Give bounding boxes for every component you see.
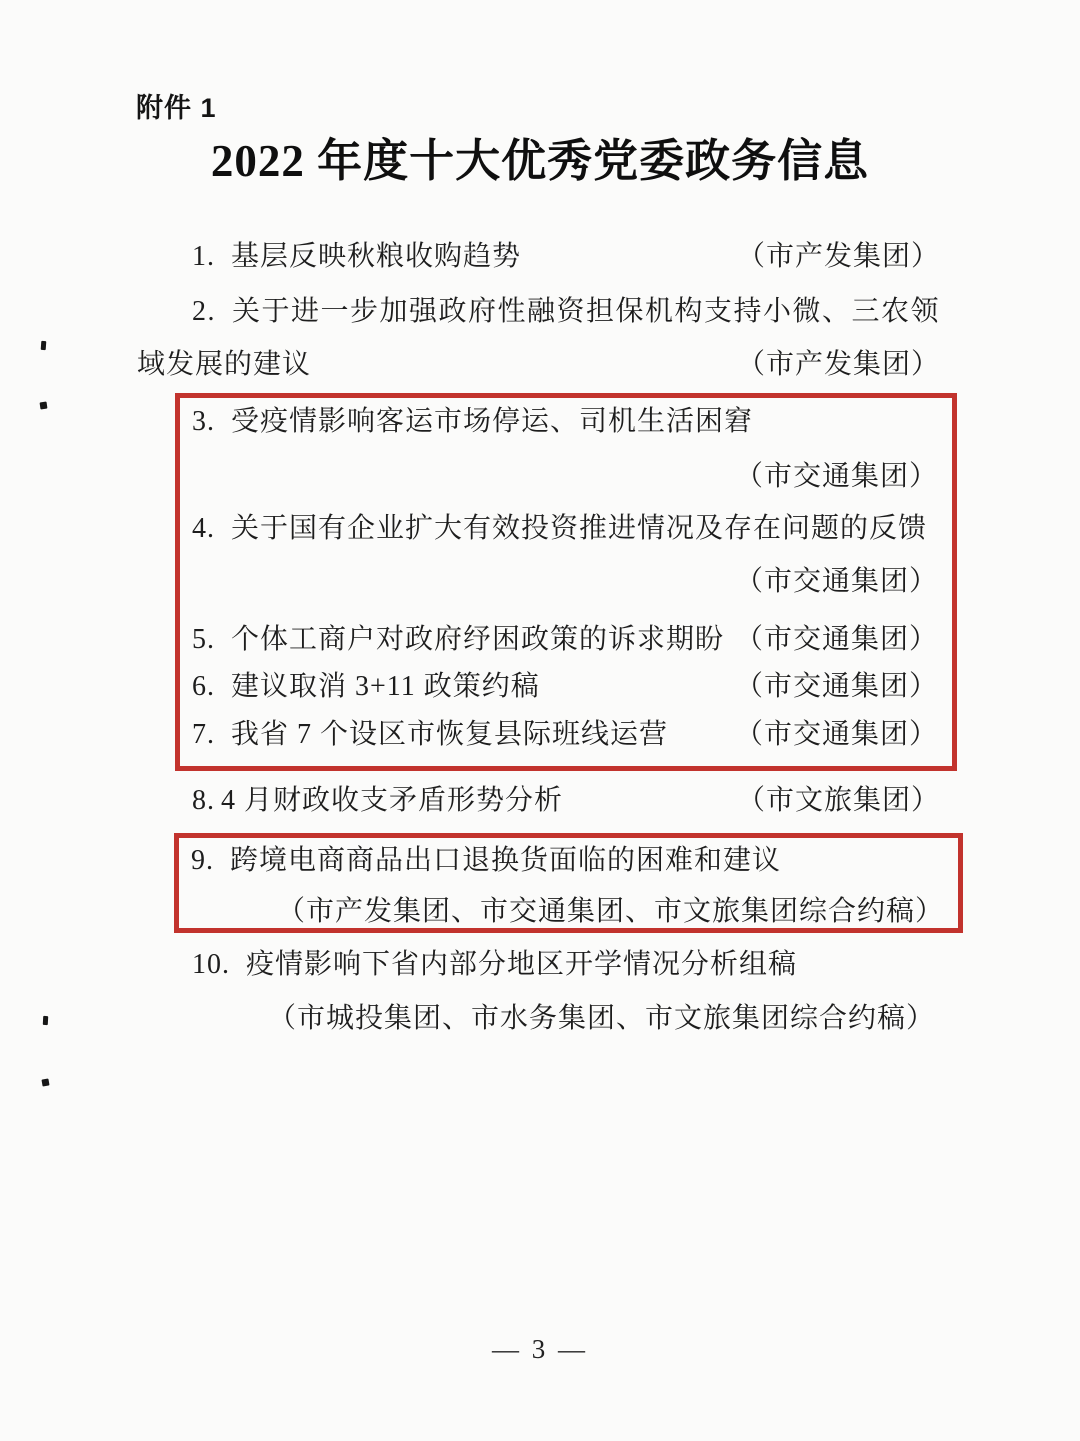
item-org: （市产发集团、市交通集团、市文旅集团综合约稿）	[277, 896, 944, 928]
item-title-continuation: 域发展的建议	[137, 349, 311, 381]
list-item-3: 3.受疫情影响客运市场停运、司机生活困窘	[192, 406, 753, 438]
item-number: 8.	[192, 785, 215, 817]
item-org: （市城投集团、市水务集团、市文旅集团综合约稿）	[268, 1003, 935, 1035]
ink-speck	[41, 1078, 49, 1086]
document-title: 2022 年度十大优秀党委政务信息	[0, 124, 1080, 189]
item-title: 受疫情影响客运市场停运、司机生活困窘	[231, 406, 753, 437]
list-item-6: 6. 建议取消 3+11 政策约稿 （市交通集团）	[192, 671, 938, 703]
list-item-10: 10. 疫情影响下省内部分地区开学情况分析组稿	[137, 949, 940, 981]
highlight-box-items-3-7: 3.受疫情影响客运市场停运、司机生活困窘 （市交通集团） 4.关于国有企业扩大有…	[175, 393, 957, 771]
ink-speck	[40, 402, 48, 410]
item-title: 跨境电商商品出口退换货面临的困难和建议	[230, 845, 781, 876]
item-org: （市交通集团）	[735, 566, 938, 598]
item-title: 个体工商户对政府纾困政策的诉求期盼	[231, 624, 724, 656]
item-title: 疫情影响下省内部分地区开学情况分析组稿	[246, 949, 797, 981]
item-title: 4 月财政收支矛盾形势分析	[221, 785, 563, 817]
item-number: 9.	[191, 845, 214, 876]
list-item-9: 9.跨境电商商品出口退换货面临的困难和建议	[191, 845, 781, 877]
item-org: （市产发集团）	[737, 241, 940, 273]
attachment-label: 附件 1	[136, 86, 217, 125]
item-org: （市交通集团）	[735, 624, 938, 656]
item-title: 建议取消 3+11 政策约稿	[231, 671, 540, 703]
item-number: 10.	[192, 949, 230, 981]
item-number: 5.	[192, 624, 215, 656]
list-item-8: 8. 4 月财政收支矛盾形势分析 （市文旅集团）	[137, 785, 940, 817]
ink-speck	[41, 341, 47, 350]
list-item-2-line2: 域发展的建议 （市产发集团）	[137, 349, 940, 381]
list-item-5: 5. 个体工商户对政府纾困政策的诉求期盼 （市交通集团）	[192, 624, 938, 656]
item-title: 关于国有企业扩大有效投资推进情况及存在问题的反馈	[231, 513, 927, 544]
item-number: 2.	[192, 296, 216, 327]
item-title: 关于进一步加强政府性融资担保机构支持小微、三农领	[232, 296, 940, 327]
page-number: — 3 —	[0, 1334, 1080, 1365]
item-title: 基层反映秋粮收购趋势	[231, 241, 521, 273]
list-item-4: 4.关于国有企业扩大有效投资推进情况及存在问题的反馈	[192, 513, 927, 545]
list-item-1: 1. 基层反映秋粮收购趋势 （市产发集团）	[137, 241, 940, 273]
list-item-2-line1: 2.关于进一步加强政府性融资担保机构支持小微、三农领	[137, 296, 940, 328]
item-org: （市交通集团）	[735, 671, 938, 703]
item-org: （市产发集团）	[737, 349, 940, 381]
item-title: 我省 7 个设区市恢复县际班线运营	[231, 719, 668, 751]
item-number: 7.	[192, 719, 215, 751]
list-item-7: 7. 我省 7 个设区市恢复县际班线运营 （市交通集团）	[192, 719, 938, 751]
item-number: 3.	[192, 406, 215, 437]
list-item-10-org-line: （市城投集团、市水务集团、市文旅集团综合约稿）	[137, 1003, 935, 1035]
scanned-document-page: 附件 1 2022 年度十大优秀党委政务信息 1. 基层反映秋粮收购趋势 （市产…	[0, 0, 1080, 1441]
item-number: 1.	[192, 241, 215, 273]
ink-speck	[43, 1016, 48, 1025]
item-org: （市文旅集团）	[737, 785, 940, 817]
highlight-box-item-9: 9.跨境电商商品出口退换货面临的困难和建议 （市产发集团、市交通集团、市文旅集团…	[174, 833, 963, 933]
item-number: 4.	[192, 513, 215, 544]
item-org: （市交通集团）	[735, 461, 938, 493]
item-number: 6.	[192, 671, 215, 703]
item-org: （市交通集团）	[735, 719, 938, 751]
